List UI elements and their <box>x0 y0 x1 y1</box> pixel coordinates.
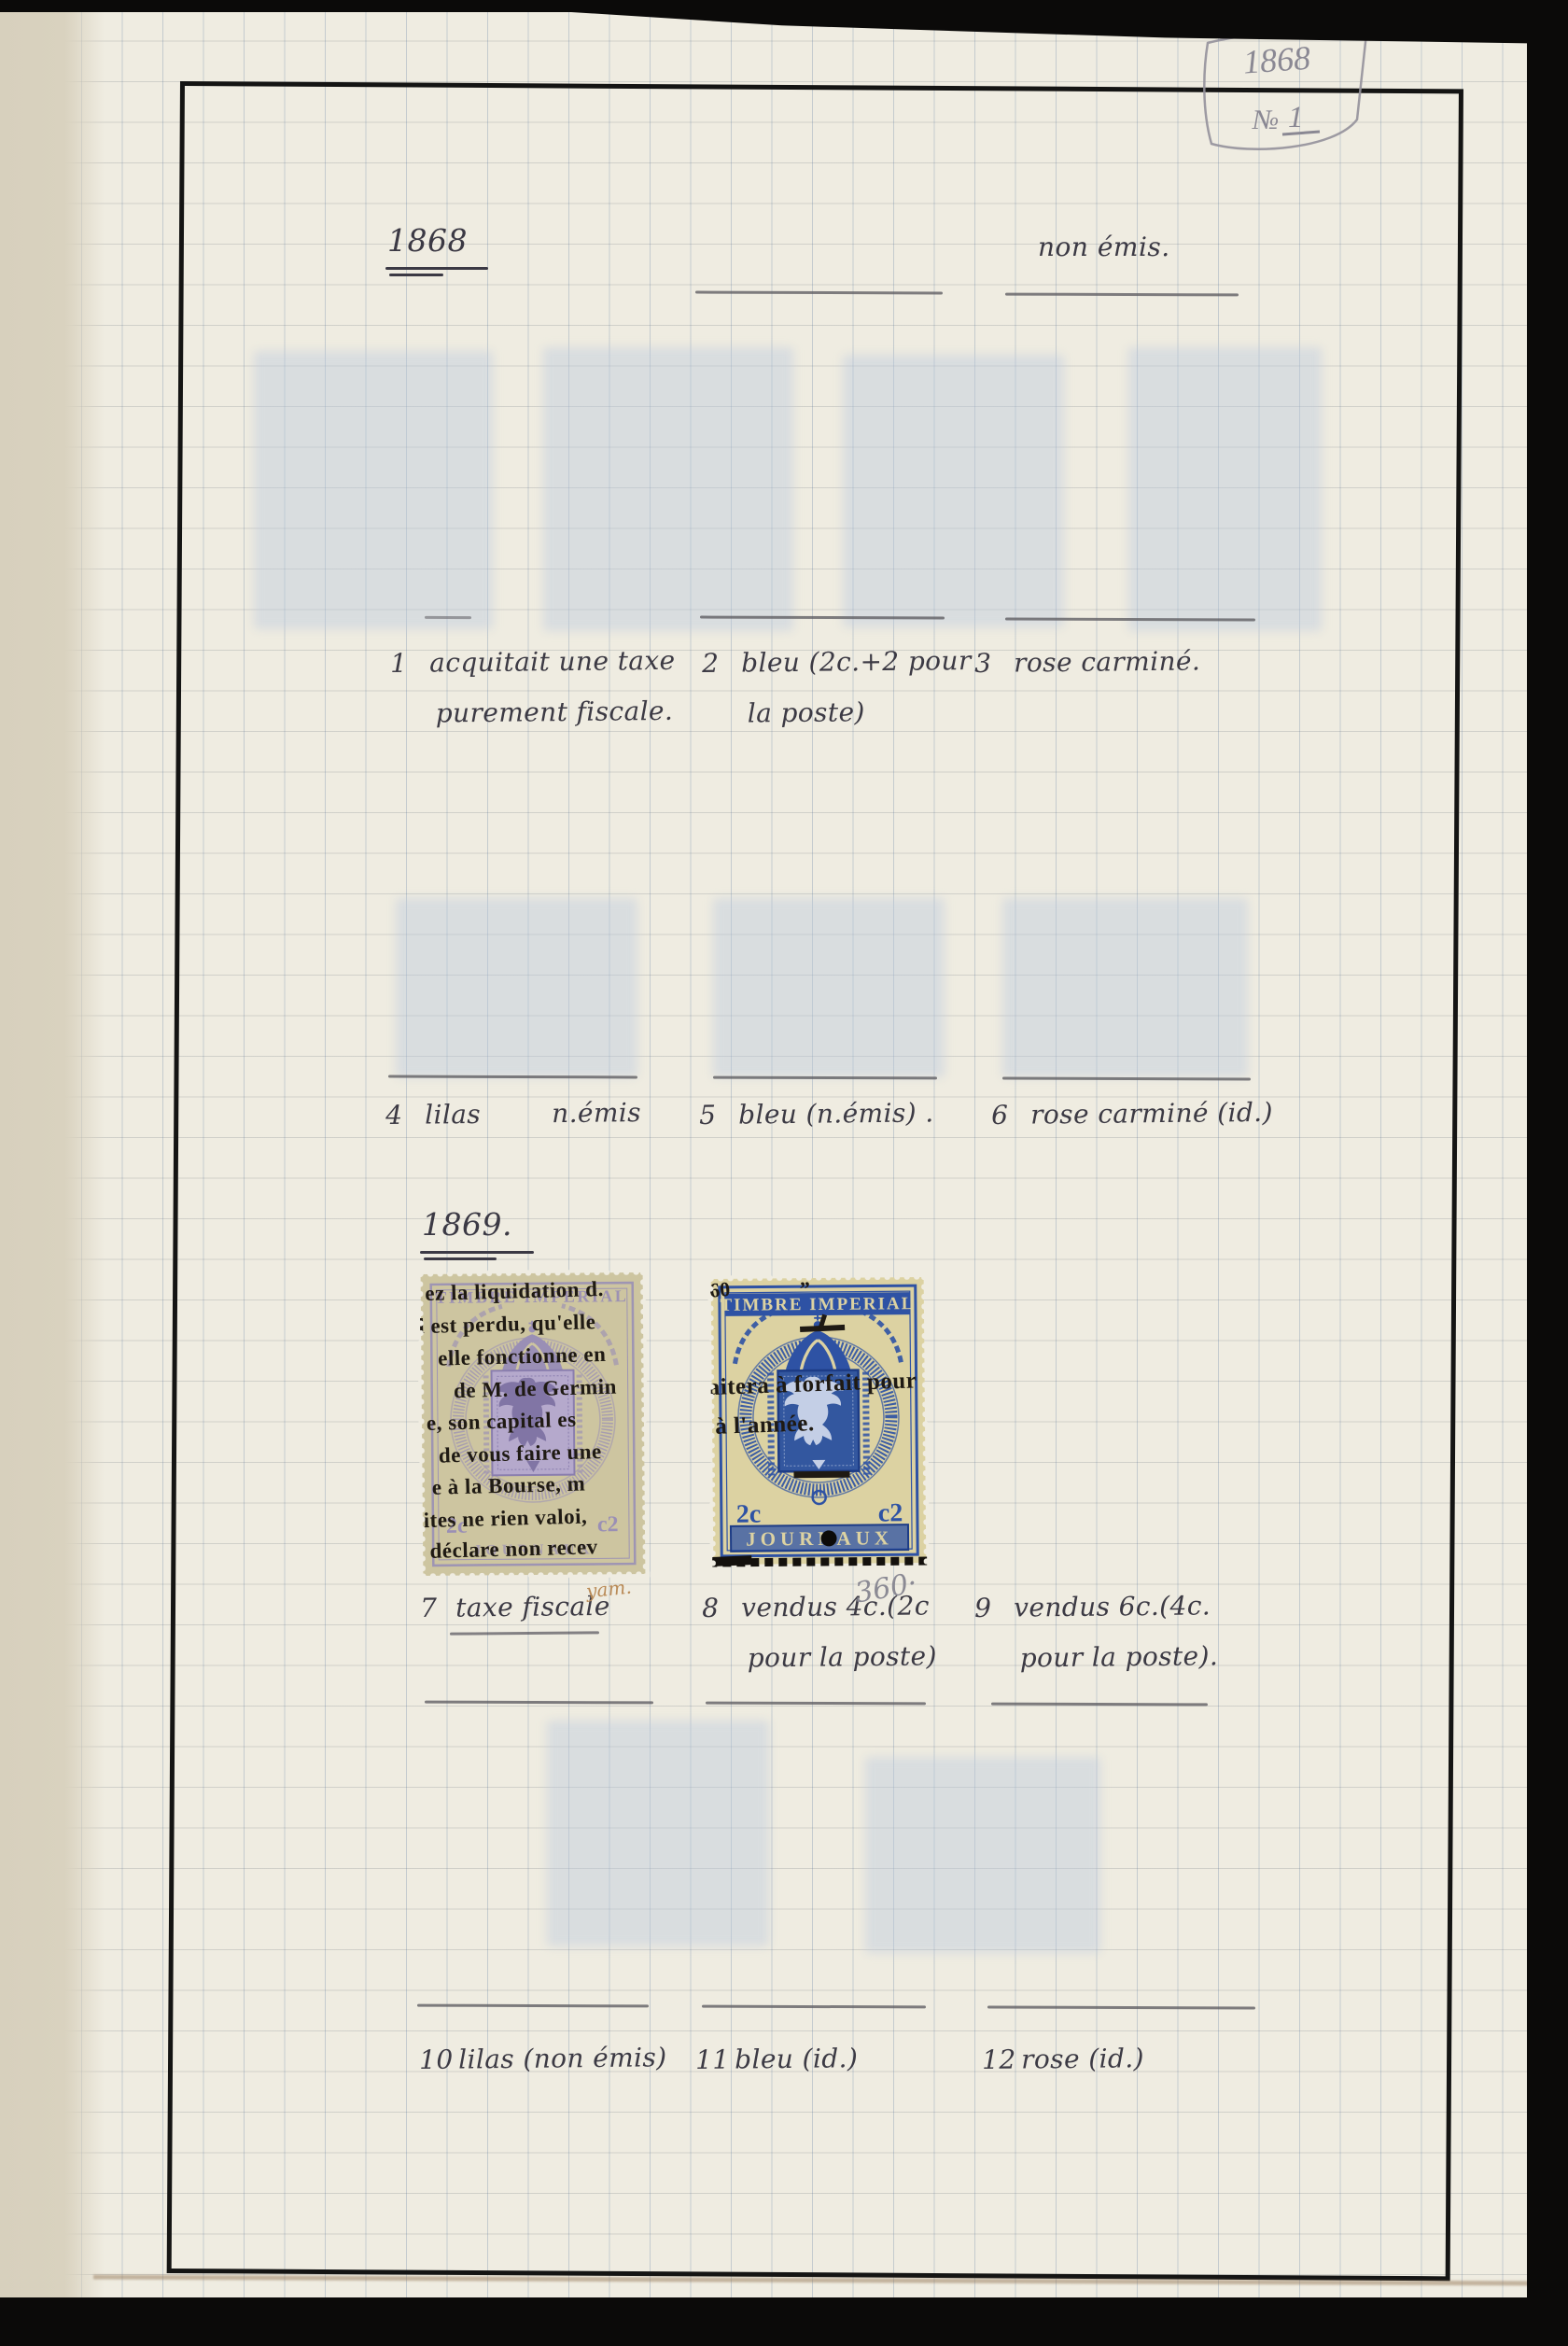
underline <box>385 267 488 270</box>
punch-hole <box>821 1530 837 1546</box>
svg-text:déclare non recev: déclare non recev <box>429 1535 598 1563</box>
underline <box>389 274 443 276</box>
section-year-1869: 1869. <box>422 1206 512 1243</box>
page-left-edge <box>0 0 105 2346</box>
stamp-value-right: c2 <box>597 1512 619 1537</box>
ghost-stamp <box>713 898 945 1077</box>
stamp-value-right: c2 <box>878 1498 903 1527</box>
caption-line: la poste) <box>748 696 865 728</box>
stamp-taxe-fiscale-art: TIMBRE IMPERIAL 2c c2 JOURNAUX ez la liq… <box>420 1271 647 1577</box>
svg-text:ites ne rien valoi,: ites ne rien valoi, <box>423 1505 587 1533</box>
ghost-stamp <box>843 355 1064 627</box>
caption-line: pour la poste) <box>748 1640 937 1673</box>
numero-sign: № <box>1252 105 1279 135</box>
underline <box>424 1257 497 1260</box>
caption-line: bleu (2c.+2 pour <box>741 645 972 679</box>
caption-number: 8 <box>702 1593 720 1623</box>
pencil-dealer-note: yam. <box>585 1576 633 1603</box>
stamp-title: TIMBRE IMPERIAL <box>720 1294 915 1315</box>
svg-text:de vous faire une: de vous faire une <box>439 1440 602 1468</box>
caption-number: 9 <box>974 1593 992 1623</box>
album-page-scan: 1868 non émis. 1869. 1 acquitait une tax… <box>0 0 1568 2346</box>
svg-text:l est perdu, qu'elle: l est perdu, qu'elle <box>420 1310 596 1338</box>
caption-number: 2 <box>702 648 720 679</box>
ghost-stamp <box>547 1721 769 1946</box>
stamp-taxe-fiscale: TIMBRE IMPERIAL 2c c2 JOURNAUX ez la liq… <box>420 1271 647 1577</box>
caption-line: lilas (non émis) <box>458 2042 667 2074</box>
caption-line: bleu (id.) <box>735 2043 858 2074</box>
caption-line: rose (id.) <box>1021 2043 1144 2074</box>
section-year-1868: 1868 <box>387 222 468 259</box>
caption-number: 12 <box>982 2044 1016 2075</box>
ghost-stamp <box>1128 347 1322 631</box>
corner-year: 1868 <box>1242 39 1312 81</box>
svg-text:e à la Bourse, m: e à la Bourse, m <box>431 1472 585 1499</box>
caption-number: 11 <box>695 2044 730 2075</box>
svg-text:de M. de Germin: de M. de Germin <box>454 1375 617 1403</box>
page-number: 1 <box>1288 101 1304 134</box>
stamp-band-label: JOURNAUX <box>746 1526 893 1550</box>
stamp-value-left: 2c <box>736 1500 762 1529</box>
ghost-stamp <box>1002 898 1248 1077</box>
svg-text:elle fonctionne en: elle fonctionne en <box>438 1342 607 1370</box>
caption-number: 4 <box>385 1100 403 1131</box>
svg-text:à l'année.: à l'année. <box>715 1411 815 1440</box>
ghost-stamp <box>543 347 793 631</box>
caption-line: pour la poste). <box>1020 1640 1219 1673</box>
svg-text:ez la liquidation d.: ez la liquidation d. <box>425 1277 604 1305</box>
scan-border-bottom <box>0 2297 1568 2346</box>
caption-number: 5 <box>699 1100 717 1131</box>
caption-number: 3 <box>974 648 992 679</box>
caption-line: rose carminé (id.) <box>1030 1097 1273 1131</box>
ghost-stamp <box>396 898 637 1077</box>
caption-line: lilas <box>425 1099 481 1131</box>
caption-number: 7 <box>420 1593 438 1623</box>
caption-line: bleu (n.émis) . <box>738 1097 934 1130</box>
caption-line: vendus 6c.(4c. <box>1014 1590 1211 1623</box>
scan-border-right <box>1527 0 1568 2346</box>
svg-text:e, son capital es: e, son capital es <box>427 1408 577 1435</box>
stamp-journaux-art: TIMBRE IMPERIAL 2c c2 JOURNAUX 60 ” <box>710 1276 928 1569</box>
caption-line: purement fiscale. <box>436 695 674 729</box>
caption-number: 1 <box>390 648 408 679</box>
caption-number: 6 <box>991 1100 1009 1131</box>
caption-number: 10 <box>419 2044 454 2075</box>
underline <box>420 1251 534 1254</box>
caption-line: rose carminé. <box>1014 645 1200 678</box>
caption-line: acquitait une taxe <box>429 645 676 679</box>
ghost-stamp <box>254 351 493 629</box>
header-note: non émis. <box>1038 232 1170 262</box>
stamp-journaux-2c: TIMBRE IMPERIAL 2c c2 JOURNAUX 60 ” <box>710 1276 928 1569</box>
caption-note: n.émis <box>552 1097 641 1129</box>
ghost-stamp <box>865 1757 1100 1953</box>
mount-rule <box>425 616 471 619</box>
